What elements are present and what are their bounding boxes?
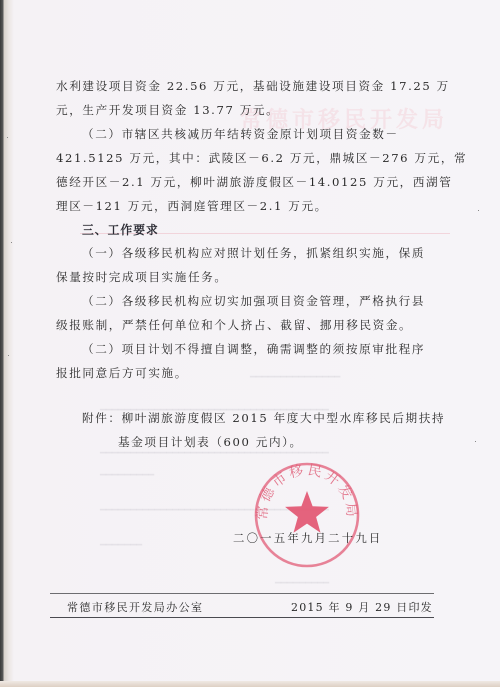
attachment-line-2: 基金项目计划表（600 元内）。 xyxy=(118,434,303,450)
requirement-3-line-2: 报批同意后方可实施。 xyxy=(56,365,188,381)
reverse-side-ghost-text: ━━━━━━━━━━━━━━━ xyxy=(250,372,340,383)
footer-issue-date: 2015 年 9 月 29 日印发 xyxy=(291,599,433,615)
scan-speck xyxy=(475,441,476,442)
paragraph-2-line-3: 德经开区－2.1 万元，柳叶湖旅游度假区－14.0125 万元，西湖管 xyxy=(56,174,452,190)
requirement-2-line-2: 级报账制，严禁任何单位和个人挤占、截留、挪用移民资金。 xyxy=(56,317,412,333)
footer-issuer: 常德市移民开发局办公室 xyxy=(67,599,203,615)
signature-date: 二〇一五年九月二十九日 xyxy=(233,530,383,546)
scanned-document-page: 常德市移民开发局 ━━━━━━━━━━━━━━━ ━━━━━━━━━━━━━━━… xyxy=(0,0,500,687)
reverse-side-ghost-text: ━━━━━━━ xyxy=(100,540,142,551)
paragraph-1-line-1: 水利建设项目资金 22.56 万元，基础设施建设项目资金 17.25 万 xyxy=(56,78,450,94)
requirement-3-line-1: （二）项目计划不得擅自调整，确需调整的须按原审批程序 xyxy=(82,341,425,357)
footer-bottom-rule xyxy=(50,617,434,618)
paragraph-1-line-2: 元，生产开发项目资金 13.77 万元。 xyxy=(56,102,279,118)
requirement-2-line-1: （二）各级移民机构应切实加强项目资金管理，严格执行县 xyxy=(82,293,425,309)
scan-speck xyxy=(7,137,8,138)
star-icon xyxy=(285,491,329,533)
paragraph-2-line-2: 421.5125 万元，其中：武陵区－6.2 万元，鼎城区－276 万元，常 xyxy=(56,150,467,166)
scan-speck xyxy=(8,355,9,356)
reverse-side-ghost-text: ━━━━━━━━━ xyxy=(275,578,329,589)
paragraph-2-line-4: 理区－121 万元，西洞庭管理区－2.1 万元。 xyxy=(56,198,328,214)
attachment-line-1: 附件：柳叶湖旅游度假区 2015 年度大中型水库移民后期扶持 xyxy=(82,410,445,426)
paragraph-2-line-1: （二）市辖区共核减历年结转资金原计划项目资金数－ xyxy=(82,126,399,142)
reverse-side-ghost-text: ━━━━━━━━━ xyxy=(100,470,154,481)
official-seal-stamp: 常德市移民开发局 xyxy=(252,460,362,570)
requirement-1-line-2: 保量按时完成项目实施任务。 xyxy=(56,269,228,285)
section-heading: 三、工作要求 xyxy=(82,221,159,238)
scan-speck xyxy=(478,210,479,211)
footer-top-rule xyxy=(50,593,434,594)
scan-speck xyxy=(11,242,12,243)
requirement-1-line-1: （一）各级移民机构应对照计划任务，抓紧组织实施，保质 xyxy=(82,245,425,261)
